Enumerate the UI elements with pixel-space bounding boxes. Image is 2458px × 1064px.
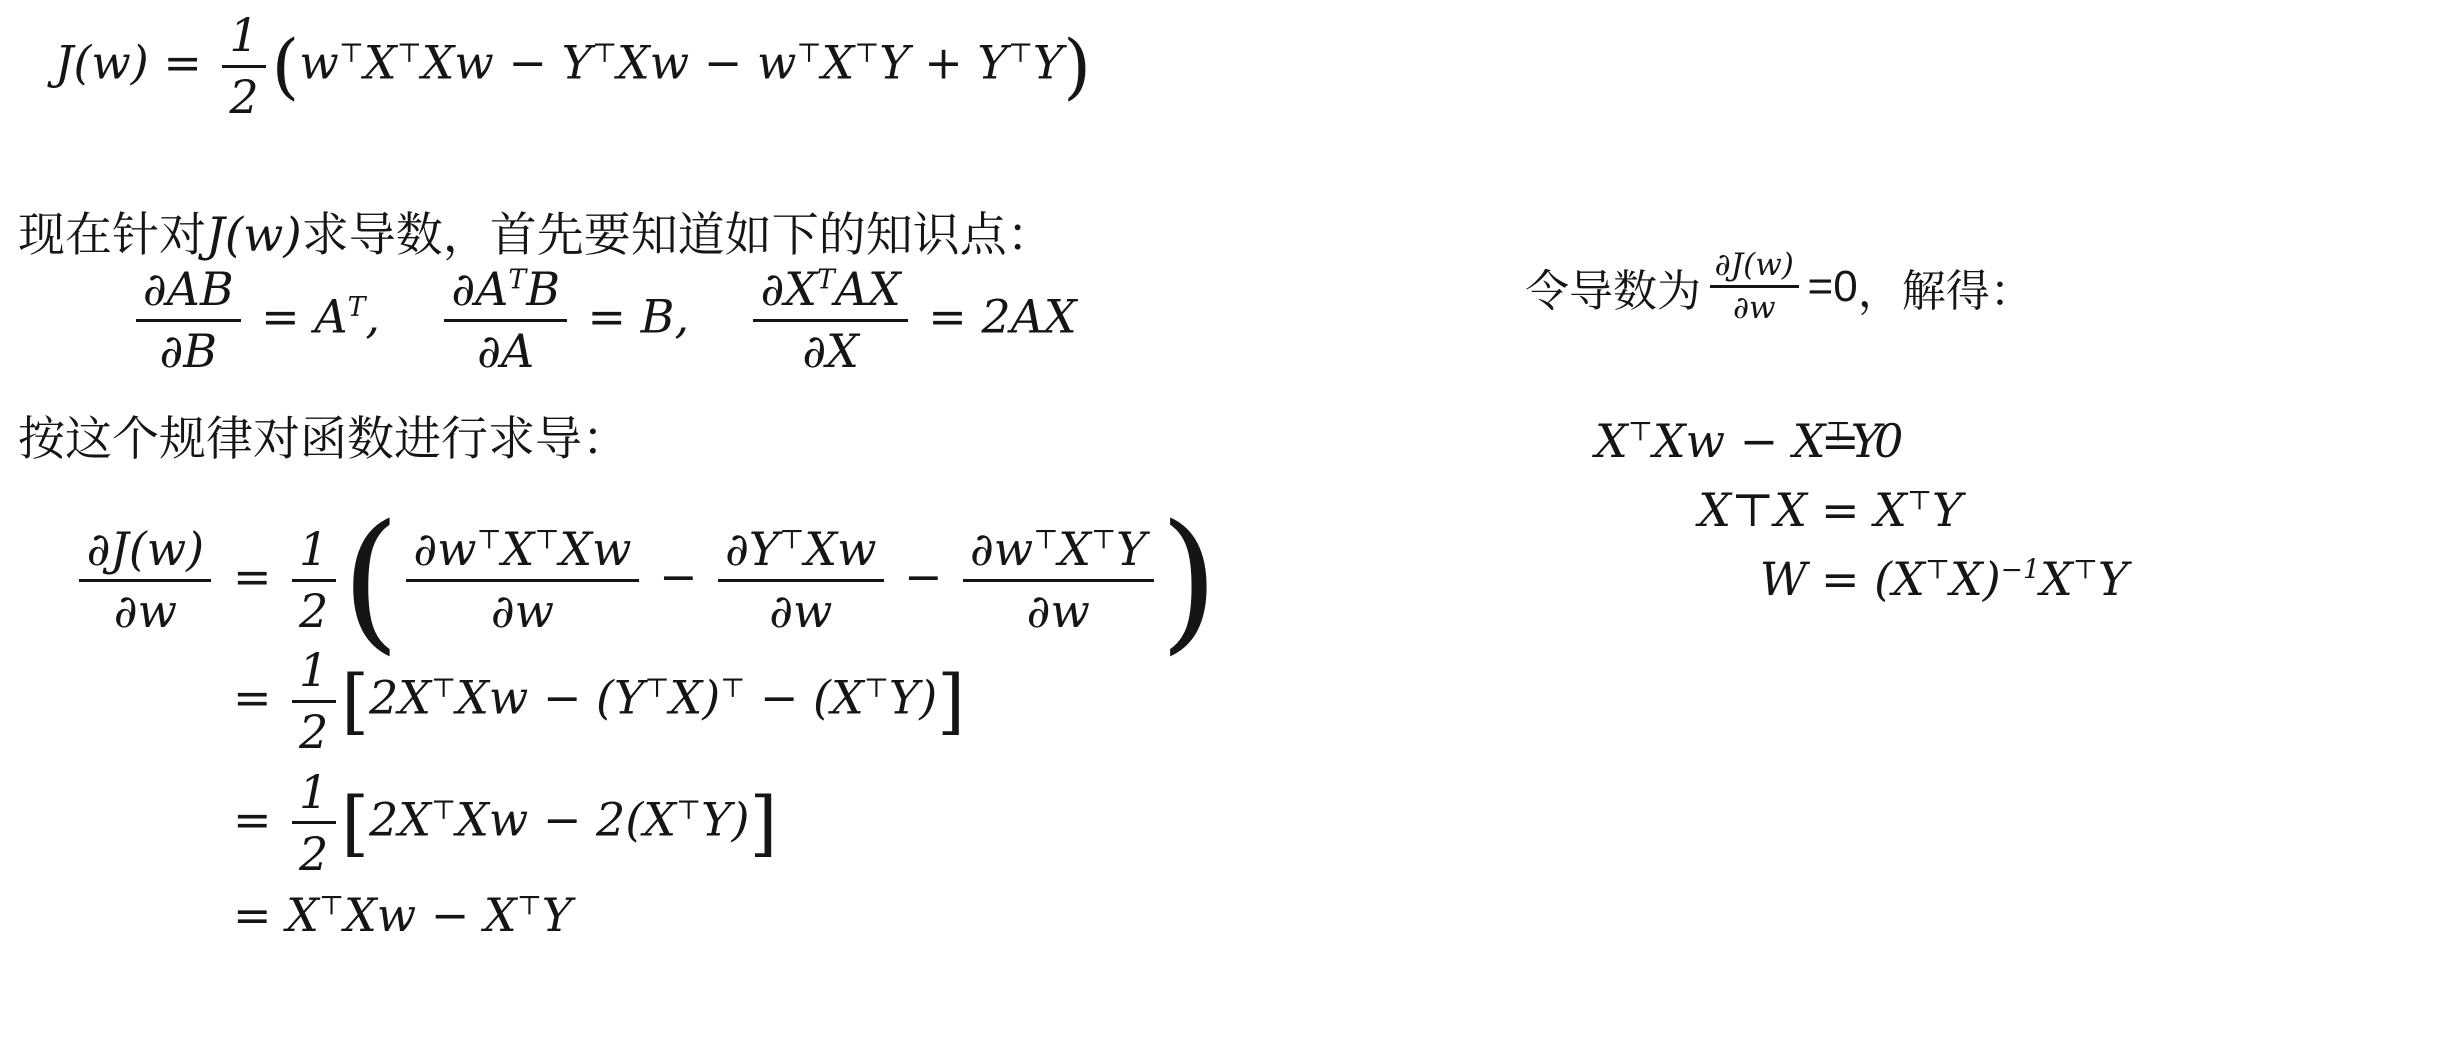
derivation-lhs: ∂J(w)∂w <box>62 524 217 637</box>
solution-step-3-rhs: = (X⊤X)−1X⊤Y <box>1821 552 2128 606</box>
intro-line-1-math: J(w) <box>206 208 302 263</box>
solution-row-2: X⊤X = X⊤Y <box>1595 483 2128 537</box>
derivative-rules-formula: ∂AB∂B = AT, ∂ATB∂A = B, ∂XTAX∂X = 2AX <box>130 264 1077 377</box>
solve-line-suffix: ，解得： <box>1858 255 2034 319</box>
intro-line-1-post: 求导数，首先要知道如下的知识点： <box>302 208 1054 261</box>
derivation-block: ∂J(w)∂w = 12(∂w⊤X⊤Xw∂w − ∂Y⊤Xw∂w − ∂w⊤X⊤… <box>62 524 1219 950</box>
solution-step-3-lhs: W <box>1595 552 1807 606</box>
derivation-step-2: = 12[2X⊤Xw − (Y⊤X)⊤ − (X⊤Y)] <box>233 645 965 758</box>
derivation-step-4: = X⊤Xw − X⊤Y <box>233 888 572 942</box>
solution-step-1-rhs: = 0 <box>1821 414 1903 468</box>
derivation-step-1: = 12(∂w⊤X⊤Xw∂w − ∂Y⊤Xw∂w − ∂w⊤X⊤Y∂w) <box>233 524 1219 637</box>
solution-block: X⊤Xw − X⊤Y = 0 X⊤X = X⊤Y W = (X⊤X)−1X⊤Y <box>1595 414 2128 621</box>
derivation-row-4: = X⊤Xw − X⊤Y <box>62 888 1219 942</box>
intro-line-2: 按这个规律对函数进行求导： <box>18 402 629 469</box>
solution-step-2-rhs: = X⊤Y <box>1821 483 1962 537</box>
cost-function-formula: J(w) = 12(w⊤X⊤Xw − Y⊤Xw − w⊤X⊤Y + Y⊤Y) <box>55 10 1091 123</box>
intro-line-1: 现在针对J(w)求导数，首先要知道如下的知识点： <box>18 198 1054 265</box>
solution-step-2-lhs: X⊤X <box>1595 483 1807 537</box>
derivation-row-2: = 12[2X⊤Xw − (Y⊤X)⊤ − (X⊤Y)] <box>62 645 1219 758</box>
solve-line: 令导数为 ∂J(w)∂w =0 ，解得： <box>1525 248 2034 325</box>
derivation-row-3: = 12[2X⊤Xw − 2(X⊤Y)] <box>62 767 1219 880</box>
derivation-row-1: ∂J(w)∂w = 12(∂w⊤X⊤Xw∂w − ∂Y⊤Xw∂w − ∂w⊤X⊤… <box>62 524 1219 637</box>
solve-line-equals-zero: =0 <box>1808 262 1858 312</box>
solve-line-prefix: 令导数为 <box>1525 255 1701 319</box>
solution-row-3: W = (X⊤X)−1X⊤Y <box>1595 552 2128 606</box>
intro-line-1-pre: 现在针对 <box>18 208 206 261</box>
solve-line-fraction: ∂J(w)∂w <box>1706 248 1803 325</box>
solution-step-1-lhs: X⊤Xw − X⊤Y <box>1595 414 1807 468</box>
solution-row-1: X⊤Xw − X⊤Y = 0 <box>1595 414 2128 468</box>
notes-page: J(w) = 12(w⊤X⊤Xw − Y⊤Xw − w⊤X⊤Y + Y⊤Y) 现… <box>0 0 2458 1064</box>
derivation-step-3: = 12[2X⊤Xw − 2(X⊤Y)] <box>233 767 777 880</box>
